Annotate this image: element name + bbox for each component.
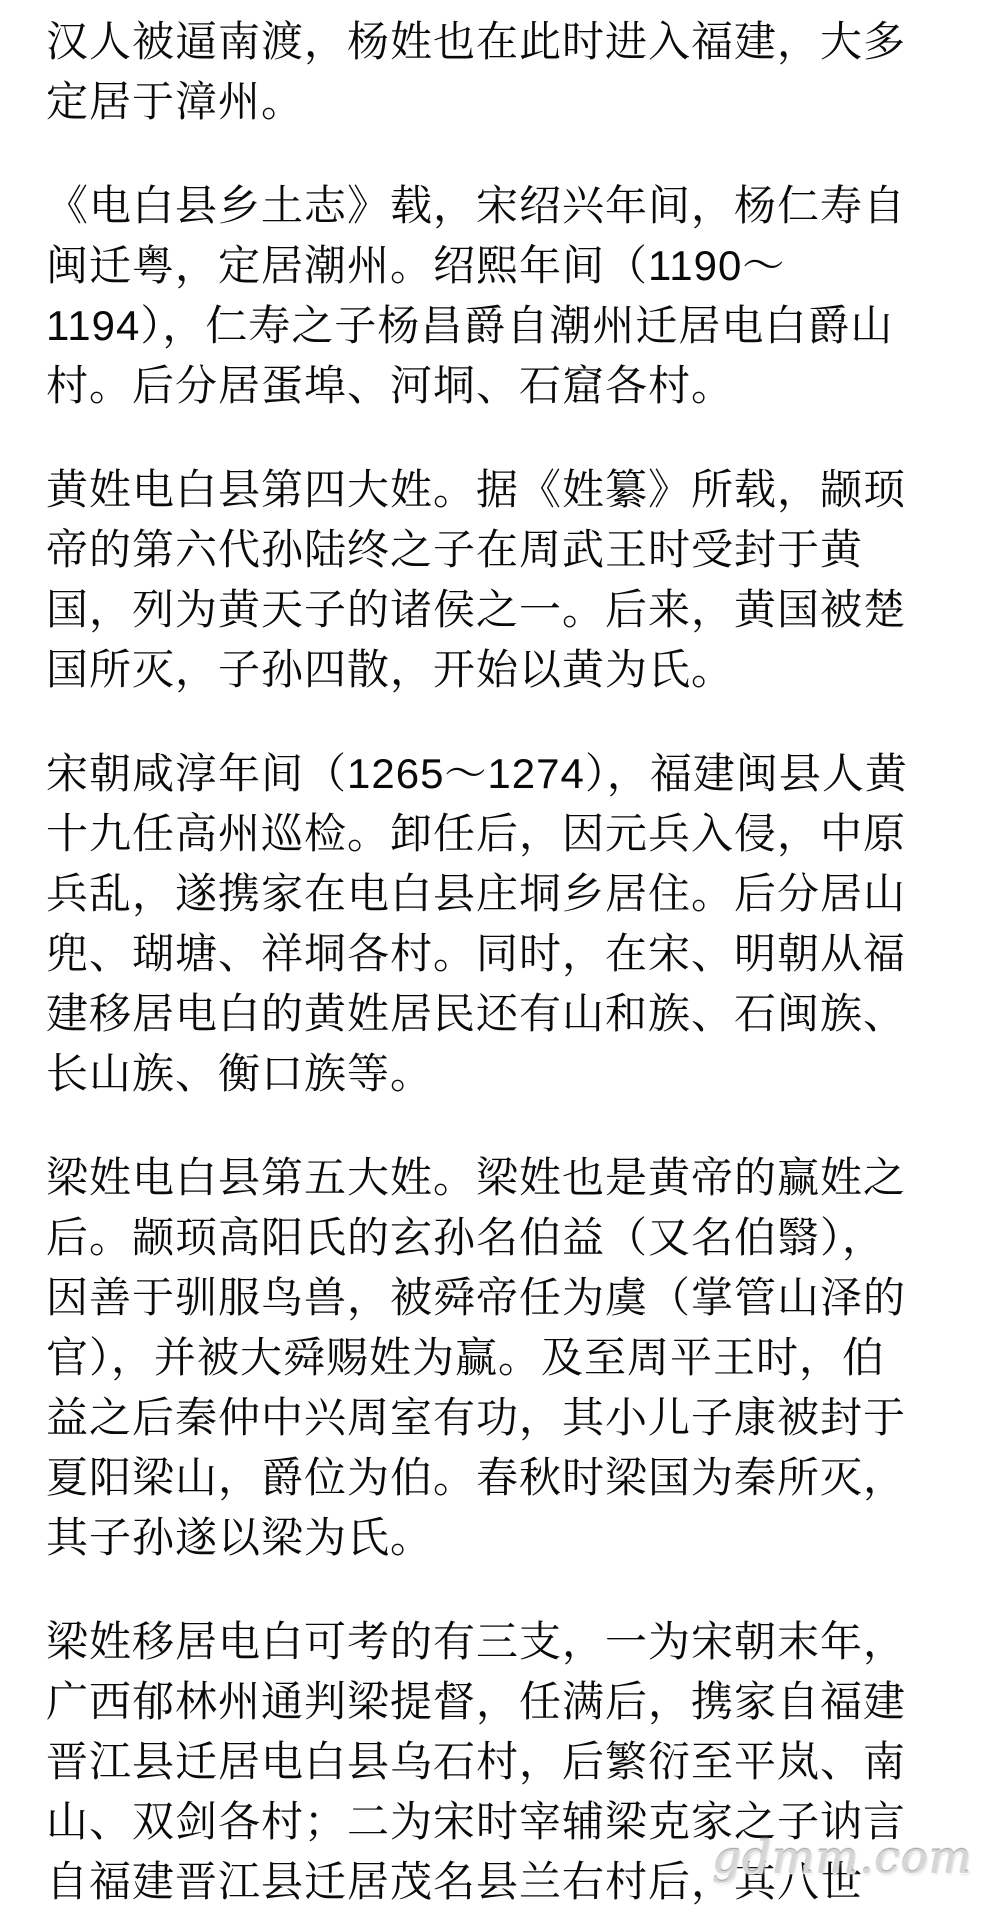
text-line: 梁姓移居电白可考的有三支，一为宋朝末年，: [46, 1612, 966, 1672]
paragraph: 黄姓电白县第四大姓。据《姓纂》所载，颛顼帝的第六代孙陆终之子在周武王时受封于黄国…: [46, 460, 966, 700]
text-line: 建移居电白的黄姓居民还有山和族、石闽族、: [46, 984, 966, 1044]
text-line: 晋江县迁居电白县乌石村，后繁衍至平岚、南: [46, 1732, 966, 1792]
text-line: 《电白县乡土志》载，宋绍兴年间，杨仁寿自: [46, 176, 966, 236]
text-line: 广西郁林州通判梁提督，任满后，携家自福建: [46, 1672, 966, 1732]
text-line: 十九任高州巡检。卸任后，因元兵入侵，中原: [46, 804, 966, 864]
text-line: 黄姓电白县第四大姓。据《姓纂》所载，颛顼: [46, 460, 966, 520]
paragraph: 宋朝咸淳年间（1265～1274），福建闽县人黄十九任高州巡检。卸任后，因元兵入…: [46, 744, 966, 1104]
text-line: 夏阳梁山，爵位为伯。春秋时梁国为秦所灭，: [46, 1448, 966, 1508]
text-line: 国所灭，子孙四散，开始以黄为氏。: [46, 640, 966, 700]
text-line: 兵乱，遂携家在电白县庄垌乡居住。后分居山: [46, 864, 966, 924]
text-line: 1194），仁寿之子杨昌爵自潮州迁居电白爵山: [46, 296, 966, 356]
paragraph: 梁姓移居电白可考的有三支，一为宋朝末年，广西郁林州通判梁提督，任满后，携家自福建…: [46, 1612, 966, 1912]
text-line: 梁姓电白县第五大姓。梁姓也是黄帝的赢姓之: [46, 1148, 966, 1208]
paragraph: 梁姓电白县第五大姓。梁姓也是黄帝的赢姓之后。颛顼高阳氏的玄孙名伯益（又名伯翳），…: [46, 1148, 966, 1568]
text-line: 益之后秦仲中兴周室有功，其小儿子康被封于: [46, 1388, 966, 1448]
paragraph: 《电白县乡土志》载，宋绍兴年间，杨仁寿自闽迁粤，定居潮州。绍熙年间（1190～1…: [46, 176, 966, 416]
text-line: 因善于驯服鸟兽，被舜帝任为虞（掌管山泽的: [46, 1268, 966, 1328]
text-line: 汉人被逼南渡，杨姓也在此时进入福建，大多: [46, 12, 966, 72]
text-line: 其子孙遂以梁为氏。: [46, 1508, 966, 1568]
text-line: 后。颛顼高阳氏的玄孙名伯益（又名伯翳），: [46, 1208, 966, 1268]
text-line: 兜、瑚塘、祥垌各村。同时，在宋、明朝从福: [46, 924, 966, 984]
text-line: 村。后分居蛋埠、河垌、石窟各村。: [46, 356, 966, 416]
text-line: 定居于漳州。: [46, 72, 966, 132]
text-line: 山、双剑各村；二为宋时宰辅梁克家之子讷言: [46, 1792, 966, 1852]
text-line: 帝的第六代孙陆终之子在周武王时受封于黄: [46, 520, 966, 580]
text-line: 长山族、衡口族等。: [46, 1044, 966, 1104]
document-page: 汉人被逼南渡，杨姓也在此时进入福建，大多定居于漳州。《电白县乡土志》载，宋绍兴年…: [0, 0, 990, 1918]
text-line: 自福建晋江县迁居茂名县兰右村后，其八世: [46, 1852, 966, 1912]
text-line: 国，列为黄天子的诸侯之一。后来，黄国被楚: [46, 580, 966, 640]
text-line: 官），并被大舜赐姓为赢。及至周平王时，伯: [46, 1328, 966, 1388]
paragraph: 汉人被逼南渡，杨姓也在此时进入福建，大多定居于漳州。: [46, 12, 966, 132]
text-body: 汉人被逼南渡，杨姓也在此时进入福建，大多定居于漳州。《电白县乡土志》载，宋绍兴年…: [0, 0, 990, 1912]
text-line: 闽迁粤，定居潮州。绍熙年间（1190～: [46, 236, 966, 296]
text-line: 宋朝咸淳年间（1265～1274），福建闽县人黄: [46, 744, 966, 804]
